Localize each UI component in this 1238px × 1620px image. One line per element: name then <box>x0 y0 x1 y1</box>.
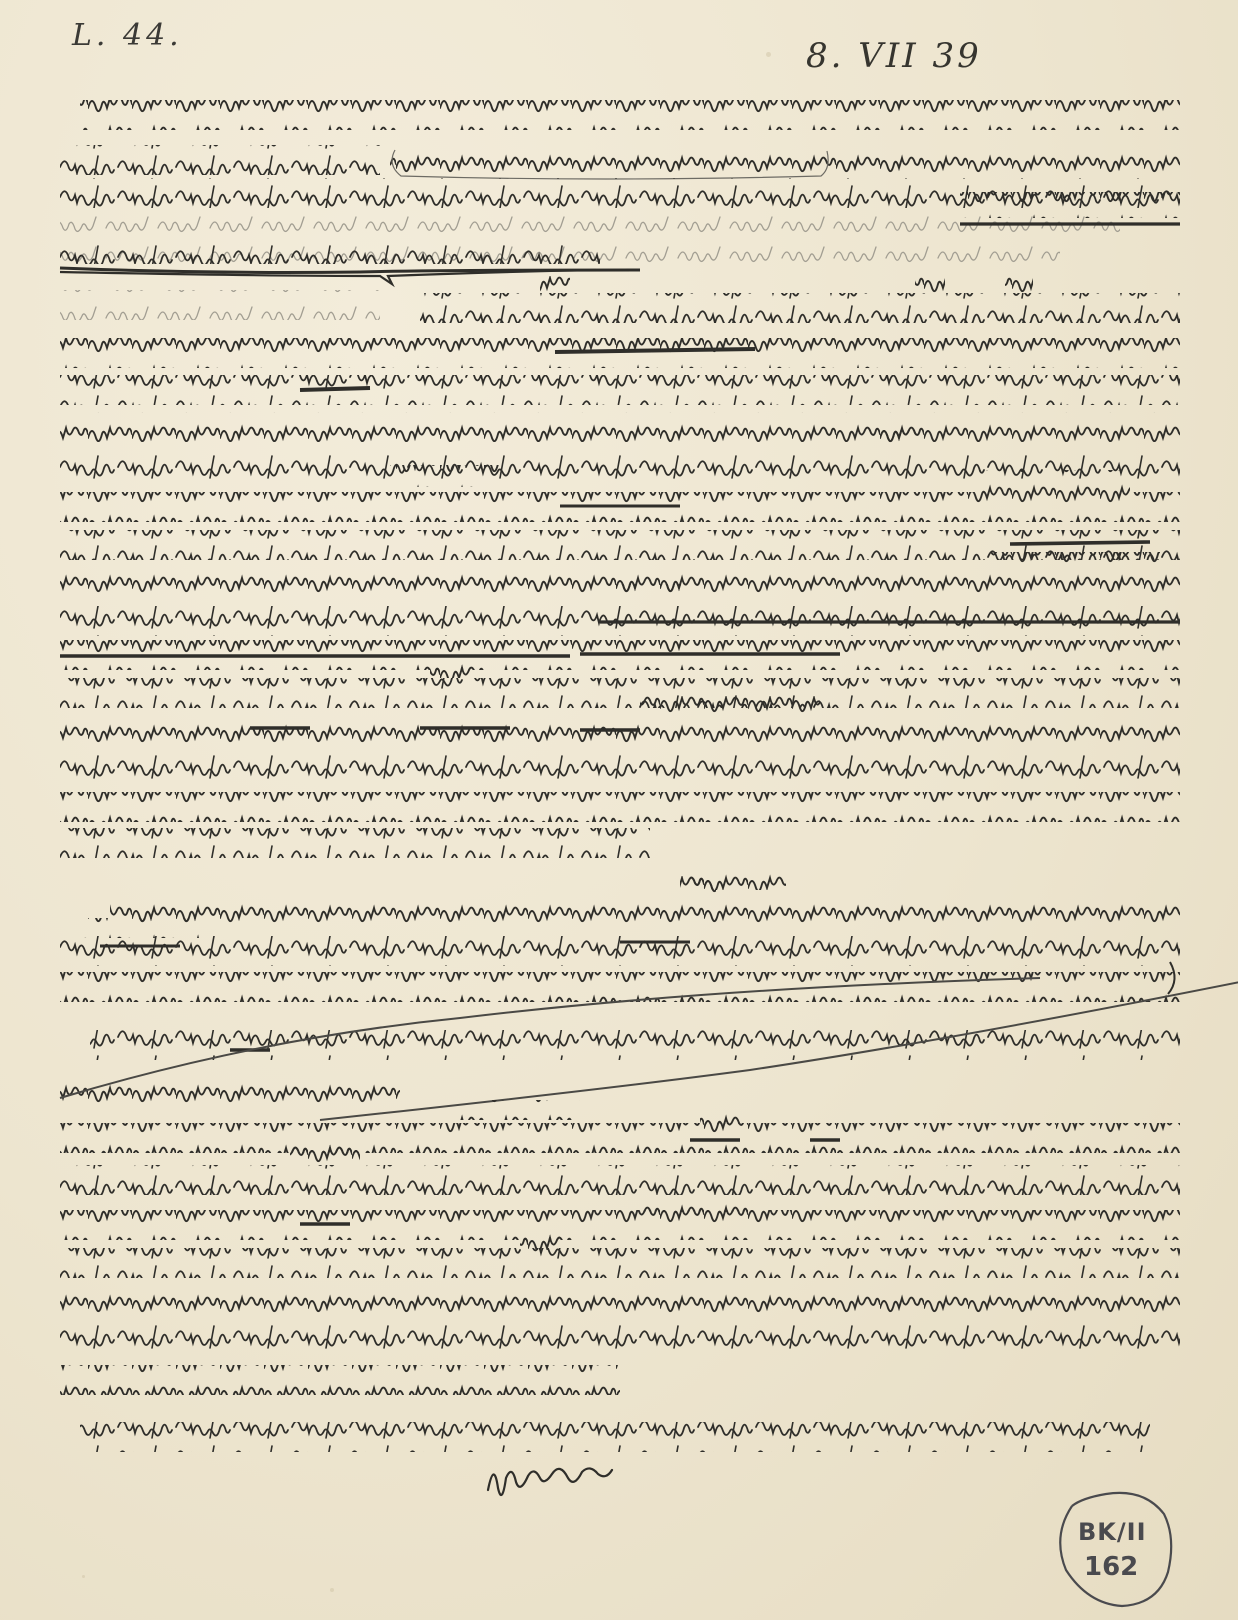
archive-stamp-collection: BK/II <box>1078 1518 1147 1546</box>
body-lines <box>60 100 1238 1452</box>
archive-stamp: BK/II 162 <box>1052 1500 1160 1608</box>
handwriting-layer <box>0 0 1238 1620</box>
signature-strokes <box>488 1468 612 1495</box>
archive-stamp-number: 162 <box>1084 1552 1138 1582</box>
